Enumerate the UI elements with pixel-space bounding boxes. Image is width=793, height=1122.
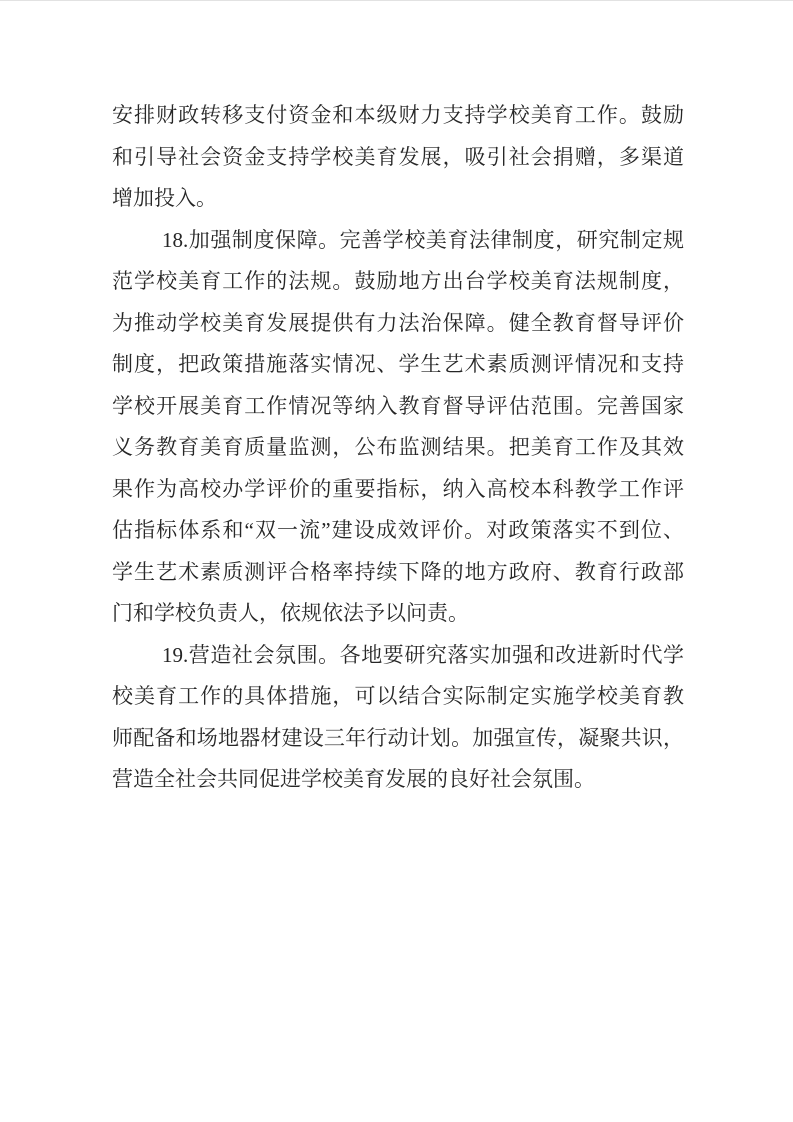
document-line: 为推动学校美育发展提供有力法治保障。健全教育督导评价 — [112, 303, 684, 345]
document-line: 师配备和场地器材建设三年行动计划。加强宣传，凝聚共识， — [112, 718, 684, 760]
document-line: 18.加强制度保障。完善学校美育法律制度，研究制定规 — [112, 220, 684, 262]
document-line: 义务教育美育质量监测，公布监测结果。把美育工作及其效 — [112, 427, 684, 469]
document-line: 范学校美育工作的法规。鼓励地方出台学校美育法规制度， — [112, 261, 684, 303]
document-line: 门和学校负责人，依规依法予以问责。 — [112, 593, 684, 635]
page-top-edge — [0, 0, 793, 1]
document-line: 学生艺术素质测评合格率持续下降的地方政府、教育行政部 — [112, 552, 684, 594]
document-line: 增加投入。 — [112, 178, 684, 220]
document-line: 校美育工作的具体措施，可以结合实际制定实施学校美育教 — [112, 676, 684, 718]
document-line: 安排财政转移支付资金和本级财力支持学校美育工作。鼓励 — [112, 95, 684, 137]
document-body: 安排财政转移支付资金和本级财力支持学校美育工作。鼓励 和引导社会资金支持学校美育… — [112, 95, 684, 801]
document-line: 19.营造社会氛围。各地要研究落实加强和改进新时代学 — [112, 635, 684, 677]
paragraph-item-18: 18.加强制度保障。完善学校美育法律制度，研究制定规 范学校美育工作的法规。鼓励… — [112, 220, 684, 635]
document-line: 学校开展美育工作情况等纳入教育督导评估范围。完善国家 — [112, 386, 684, 428]
document-line: 果作为高校办学评价的重要指标，纳入高校本科教学工作评 — [112, 469, 684, 511]
paragraph-funding-continuation: 安排财政转移支付资金和本级财力支持学校美育工作。鼓励 和引导社会资金支持学校美育… — [112, 95, 684, 220]
paragraph-item-19: 19.营造社会氛围。各地要研究落实加强和改进新时代学 校美育工作的具体措施，可以… — [112, 635, 684, 801]
document-line: 和引导社会资金支持学校美育发展，吸引社会捐赠，多渠道 — [112, 137, 684, 179]
document-page: 安排财政转移支付资金和本级财力支持学校美育工作。鼓励 和引导社会资金支持学校美育… — [0, 0, 793, 1122]
document-line: 营造全社会共同促进学校美育发展的良好社会氛围。 — [112, 759, 684, 801]
document-line: 制度，把政策措施落实情况、学生艺术素质测评情况和支持 — [112, 344, 684, 386]
document-line: 估指标体系和“双一流”建设成效评价。对政策落实不到位、 — [112, 510, 684, 552]
